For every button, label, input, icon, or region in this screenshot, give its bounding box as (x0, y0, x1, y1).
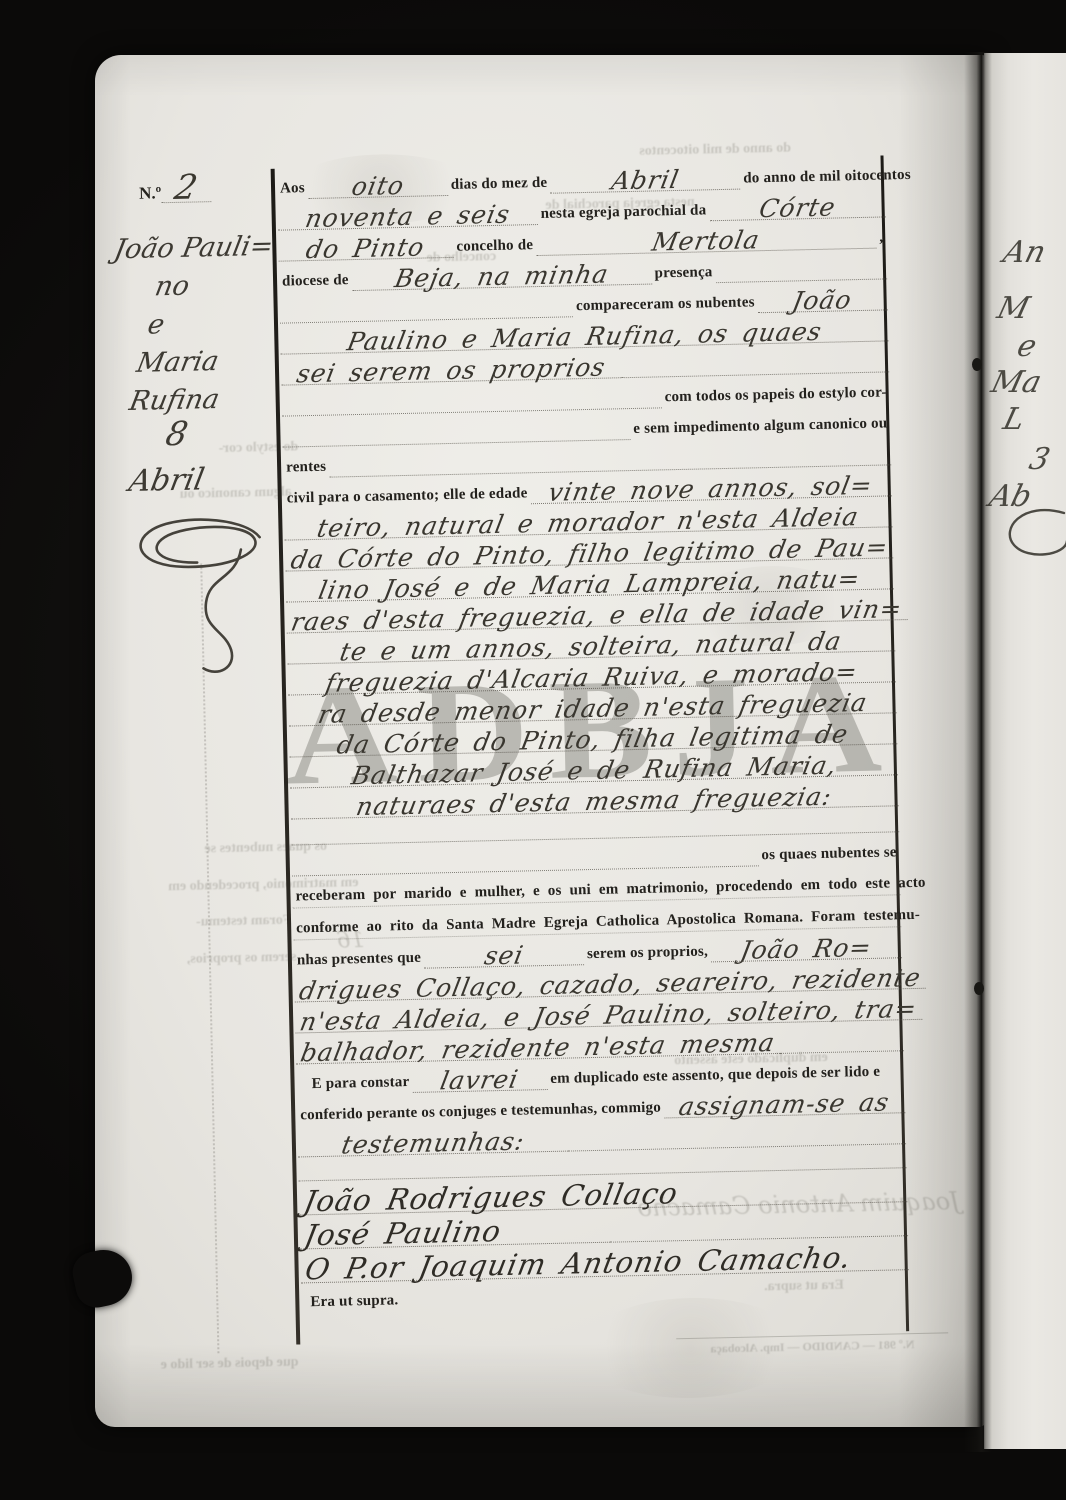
printed-form-text: , (876, 229, 886, 248)
dotted-fill-line (779, 1020, 904, 1054)
printed-form-text: diocese de (279, 272, 352, 293)
gutter-speck (974, 982, 984, 995)
show-through-text: serem os proprios, (187, 949, 297, 967)
show-through-texts: do anno de mil oitocentosnesta egreja pa… (92, 41, 985, 60)
next-page-handwriting-fragment: L (1001, 406, 1028, 433)
margin-name-line: Rufina (129, 388, 219, 414)
printed-form-text: presença (651, 264, 715, 284)
handwritten-entry: lavrei (412, 1068, 547, 1093)
show-through-text: Foram testemu- (196, 913, 292, 931)
margin-month: Abril (129, 466, 204, 495)
show-through-imprint: N.º 981 — CANDIDO — Imp. Alcobaça (676, 1336, 948, 1357)
next-page-handwriting-fragment: 3 (1027, 446, 1053, 473)
next-page-handwriting-fragment: Ma (989, 369, 1044, 396)
show-through-text: que depois de ser lido e (161, 1355, 299, 1374)
printed-form-text: Aos (277, 180, 308, 200)
entry-number-label: N.º (139, 183, 162, 203)
dotted-fill-line (715, 248, 887, 283)
entry-number: N.º 2 (139, 174, 211, 204)
form-rows: Aosoitodias do mez deAbrildo anno de mil… (277, 155, 910, 1313)
page-gutter (964, 52, 992, 1452)
margin-day: 8 (166, 419, 188, 449)
next-page-handwriting-fragment: M (995, 295, 1032, 322)
photographed-register-scan: do anno de mil oitocentosnesta egreja pa… (0, 0, 1066, 1500)
handwritten-entry: oito (308, 174, 448, 199)
register-left-page: do anno de mil oitocentosnesta egreja pa… (95, 55, 988, 1427)
priest-rubric-flourish (124, 509, 278, 682)
margin-column: N.º 2 João Pauli=noeMariaRufina 8 Abril (109, 169, 271, 173)
margin-name-line: Maria (137, 350, 219, 376)
margin-name-line: no (155, 275, 189, 300)
printed-form-text: concelho de (453, 237, 536, 258)
margin-name-line: João Pauli= (114, 235, 273, 263)
handwritten-entry: João (757, 288, 887, 313)
next-page-handwriting-fragment: An (1001, 239, 1049, 266)
sheet-content: do anno de mil oitocentosnesta egreja pa… (92, 41, 1015, 1432)
printed-form-text: E para constar (308, 1074, 412, 1095)
margin-name-line: e (148, 313, 165, 338)
printed-form-text: do anno de mil oitocentos (740, 167, 914, 190)
printed-form-text: Era ut supra. (307, 1292, 401, 1313)
register-right-page-edge: AnMeMaL3Ab (984, 53, 1066, 1449)
printed-form-text: dias do mez de (448, 175, 551, 196)
show-through-text: do anno de mil oitocentos (639, 140, 791, 159)
next-page-handwriting-fragment: e (1015, 333, 1039, 360)
gutter-speck (972, 358, 982, 371)
printed-form-text: rentes (283, 459, 329, 479)
next-page-flourish (998, 505, 1066, 575)
entry-number-value: 2 (161, 174, 211, 203)
